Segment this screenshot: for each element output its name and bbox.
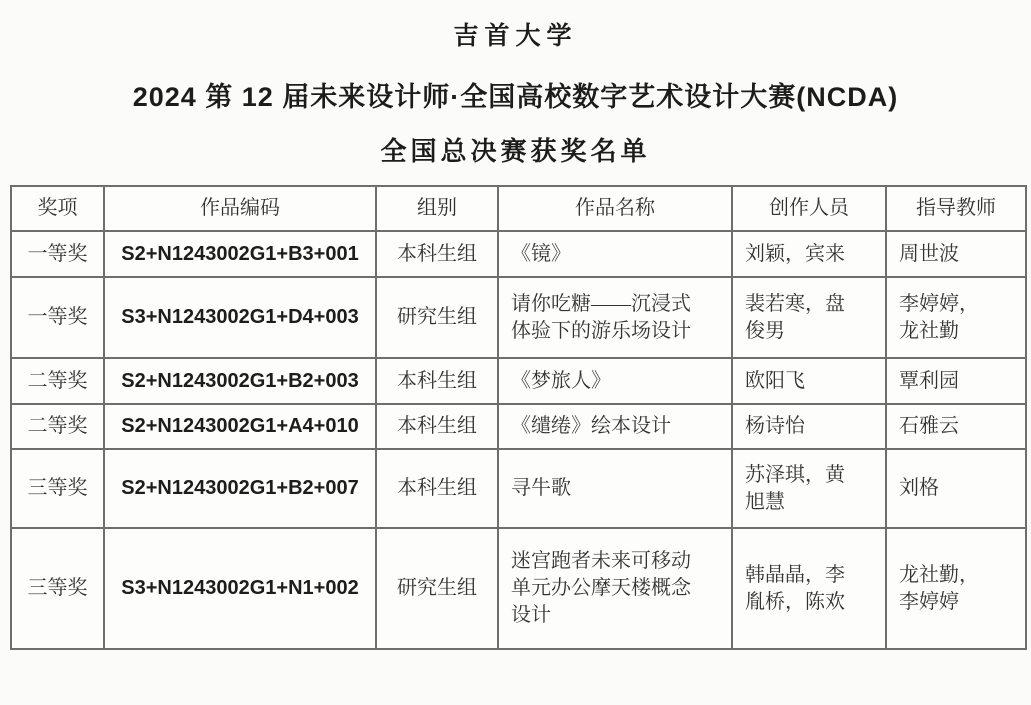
- award-table: 奖项 作品编码 组别 作品名称 创作人员 指导教师 一等奖 S2+N124300…: [10, 185, 1027, 650]
- award-cell: 一等奖: [11, 231, 104, 277]
- work-title-cell: 寻牛歌: [498, 449, 732, 528]
- group-cell: 本科生组: [376, 358, 498, 404]
- list-subtitle: 全国总决赛获奖名单: [0, 131, 1031, 168]
- work-title-cell: 《镜》: [498, 231, 732, 277]
- teachers-cell: 石雅云: [886, 404, 1026, 449]
- teachers-cell: 刘格: [886, 449, 1026, 528]
- table-row: 二等奖 S2+N1243002G1+A4+010 本科生组 《缱绻》绘本设计 杨…: [11, 404, 1026, 449]
- group-cell: 本科生组: [376, 404, 498, 449]
- group-cell: 本科生组: [376, 449, 498, 528]
- table-row: 三等奖 S3+N1243002G1+N1+002 研究生组 迷宫跑者未来可移动 …: [11, 528, 1026, 649]
- table-row: 一等奖 S3+N1243002G1+D4+003 研究生组 请你吃糖——沉浸式 …: [11, 277, 1026, 358]
- table-row: 二等奖 S2+N1243002G1+B2+003 本科生组 《梦旅人》 欧阳飞 …: [11, 358, 1026, 404]
- code-cell: S3+N1243002G1+D4+003: [104, 277, 376, 358]
- work-title-cell: 请你吃糖——沉浸式 体验下的游乐场设计: [498, 277, 732, 358]
- column-header-code: 作品编码: [104, 186, 376, 231]
- award-cell: 二等奖: [11, 404, 104, 449]
- competition-title: 2024 第 12 届未来设计师·全国高校数字艺术设计大赛(NCDA): [0, 75, 1031, 114]
- university-title: 吉首大学: [0, 16, 1031, 52]
- group-cell: 本科生组: [376, 231, 498, 277]
- work-title-cell: 《梦旅人》: [498, 358, 732, 404]
- table-header-row: 奖项 作品编码 组别 作品名称 创作人员 指导教师: [11, 186, 1026, 231]
- award-cell: 三等奖: [11, 449, 104, 528]
- creators-cell: 苏泽琪，黄 旭慧: [732, 449, 886, 528]
- column-header-title: 作品名称: [498, 186, 732, 231]
- work-title-cell: 迷宫跑者未来可移动 单元办公摩天楼概念 设计: [498, 528, 732, 649]
- code-cell: S3+N1243002G1+N1+002: [104, 528, 376, 649]
- column-header-creators: 创作人员: [732, 186, 886, 231]
- column-header-award: 奖项: [11, 186, 104, 231]
- creators-cell: 刘颖，宾来: [732, 231, 886, 277]
- group-cell: 研究生组: [376, 277, 498, 358]
- column-header-group: 组别: [376, 186, 498, 231]
- teachers-cell: 李婷婷， 龙社勤: [886, 277, 1026, 358]
- teachers-cell: 周世波: [886, 231, 1026, 277]
- code-cell: S2+N1243002G1+A4+010: [104, 404, 376, 449]
- document-page: 吉首大学 2024 第 12 届未来设计师·全国高校数字艺术设计大赛(NCDA)…: [0, 0, 1031, 705]
- work-title-cell: 《缱绻》绘本设计: [498, 404, 732, 449]
- code-cell: S2+N1243002G1+B3+001: [104, 231, 376, 277]
- table-row: 三等奖 S2+N1243002G1+B2+007 本科生组 寻牛歌 苏泽琪，黄 …: [11, 449, 1026, 528]
- award-cell: 一等奖: [11, 277, 104, 358]
- award-cell: 二等奖: [11, 358, 104, 404]
- column-header-teachers: 指导教师: [886, 186, 1026, 231]
- award-cell: 三等奖: [11, 528, 104, 649]
- code-cell: S2+N1243002G1+B2+007: [104, 449, 376, 528]
- creators-cell: 裴若寒，盘 俊男: [732, 277, 886, 358]
- teachers-cell: 龙社勤， 李婷婷: [886, 528, 1026, 649]
- group-cell: 研究生组: [376, 528, 498, 649]
- creators-cell: 欧阳飞: [732, 358, 886, 404]
- table-row: 一等奖 S2+N1243002G1+B3+001 本科生组 《镜》 刘颖，宾来 …: [11, 231, 1026, 277]
- teachers-cell: 覃利园: [886, 358, 1026, 404]
- creators-cell: 韩晶晶，李 胤桥，陈欢: [732, 528, 886, 649]
- code-cell: S2+N1243002G1+B2+003: [104, 358, 376, 404]
- creators-cell: 杨诗怡: [732, 404, 886, 449]
